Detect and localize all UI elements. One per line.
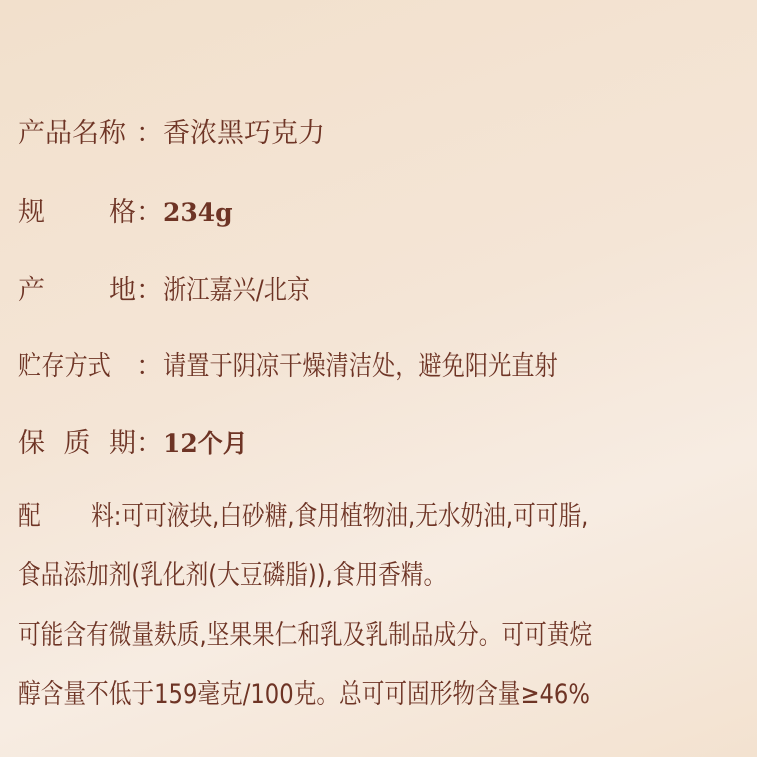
storage-value: 请置于阴凉干燥清洁处，避免阳光直射: [163, 353, 558, 380]
storage-row: 贮存方式 ： 请置于阴凉干燥清洁处，避免阳光直射: [18, 353, 622, 380]
spec-row: 规 格 ： 234g: [18, 199, 233, 226]
shelf-life-row: 保 质 期 ： 12个月: [18, 430, 248, 457]
colon: ：: [136, 120, 163, 147]
origin-value: 浙江嘉兴/北京: [163, 277, 310, 304]
colon: ：: [136, 199, 163, 226]
ingredients-text-2: 食品添加剂(乳化剂(大豆磷脂)),食用香精。: [18, 562, 446, 589]
spec-label: 规 格: [18, 199, 136, 226]
ingredients-line-1: 配料:可可液块,白砂糖,食用植物油,无水奶油,可可脂,: [18, 503, 748, 530]
origin-row: 产 地 ： 浙江嘉兴/北京: [18, 277, 334, 304]
ingredients-text-1: 可可液块,白砂糖,食用植物油,无水奶油,可可脂,: [121, 501, 588, 532]
shelf-life-value: 12个月: [163, 430, 248, 457]
colon: ：: [136, 277, 163, 304]
ingredients-label-b: 料: [91, 501, 114, 532]
colon: ：: [136, 353, 163, 380]
cocoa-content-text: 醇含量不低于159毫克/100克。总可可固形物含量≥46%: [18, 681, 590, 708]
storage-label: 贮存方式: [18, 353, 119, 380]
colon: :: [114, 501, 122, 532]
ingredients-line-2: 食品添加剂(乳化剂(大豆磷脂)),食用香精。: [18, 562, 748, 589]
allergen-line-2: 醇含量不低于159毫克/100克。总可可固形物含量≥46%: [18, 681, 748, 708]
shelf-life-label: 保 质 期: [18, 430, 136, 457]
product-name-row: 产品名称 ： 香浓黑巧克力: [18, 120, 325, 147]
colon: ：: [136, 430, 163, 457]
spec-value: 234g: [163, 200, 233, 225]
ingredients-label-a: 配: [18, 501, 41, 532]
allergen-text: 可能含有微量麸质,坚果果仁和乳及乳制品成分。可可黄烷: [18, 622, 592, 649]
origin-label: 产 地: [18, 277, 136, 304]
allergen-line-1: 可能含有微量麸质,坚果果仁和乳及乳制品成分。可可黄烷: [18, 622, 748, 649]
product-name-value: 香浓黑巧克力: [163, 120, 325, 147]
